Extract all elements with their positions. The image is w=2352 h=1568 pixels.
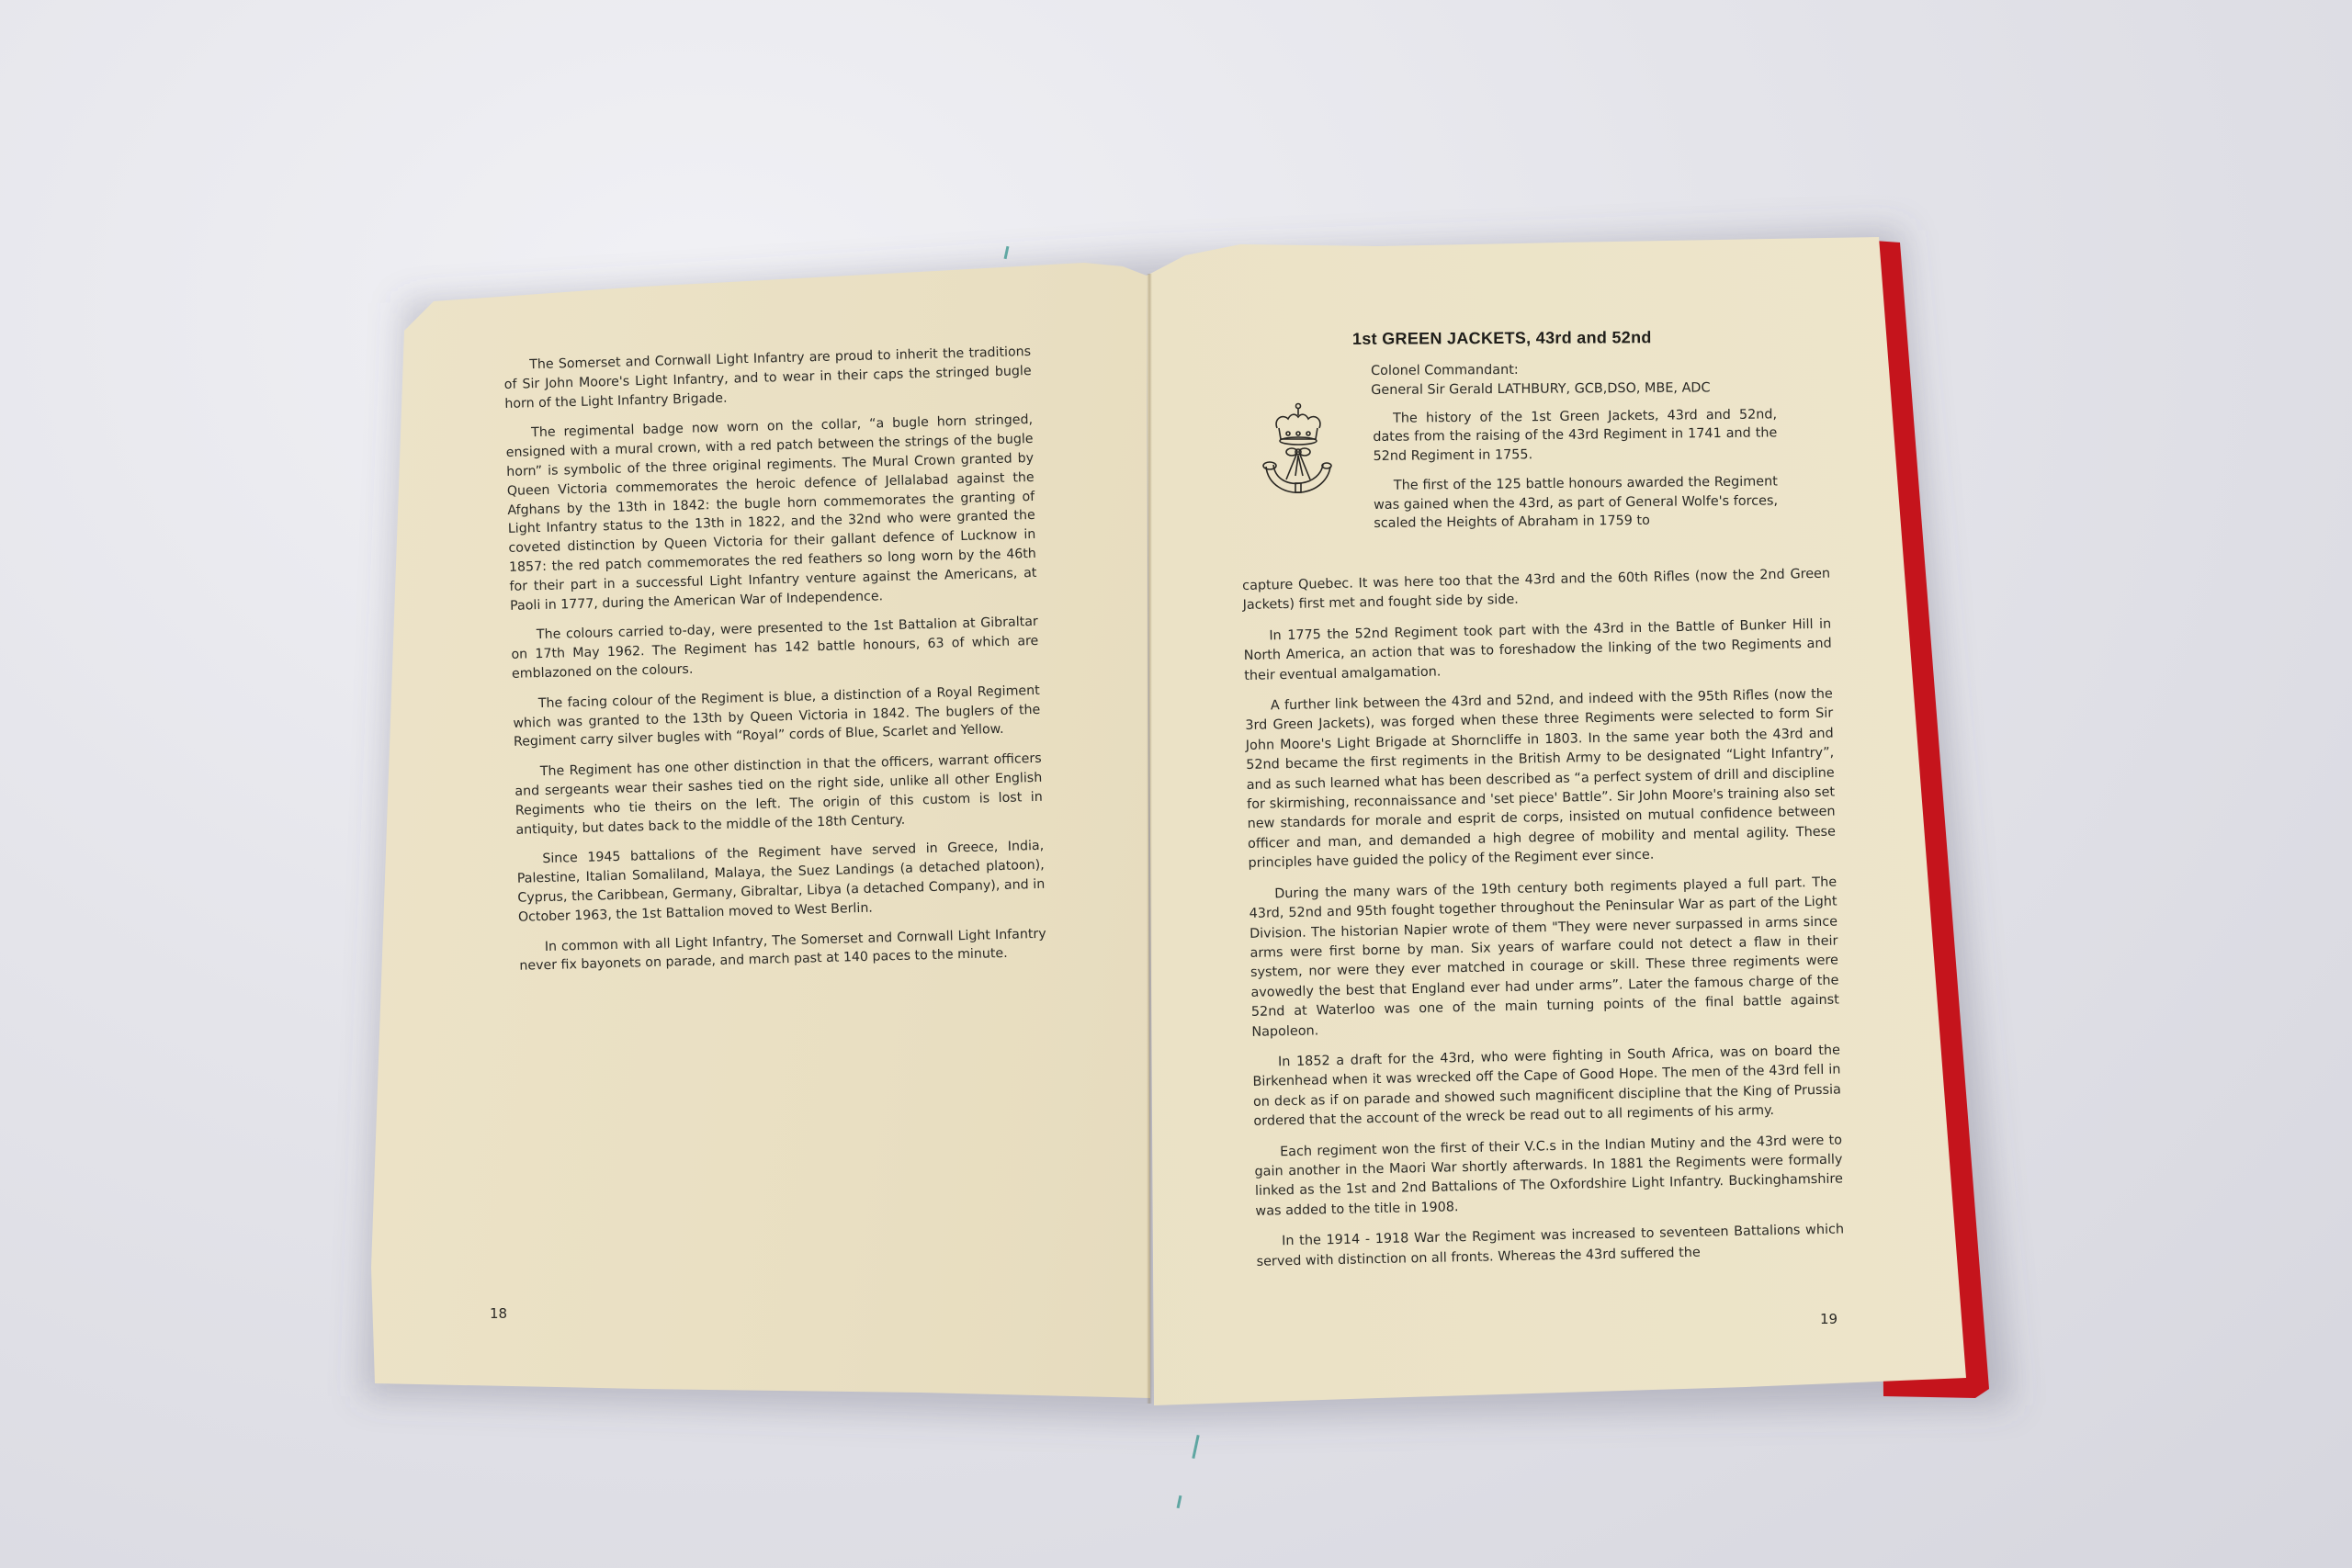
paragraph: The first of the 125 battle honours awar… [1374, 473, 1779, 534]
paragraph: A further link between the 43rd and 52nd… [1245, 685, 1837, 874]
paragraph: The facing colour of the Regiment is blu… [513, 682, 1041, 752]
page-number-left: 18 [490, 1305, 507, 1322]
ink-mark [1192, 1435, 1199, 1459]
ink-mark [1004, 246, 1010, 259]
paragraph: The regimental badge now worn on the col… [505, 411, 1037, 615]
colonel-commandant: Colonel Commandant: General Sir Gerald L… [1371, 359, 1711, 400]
commandant-name: General Sir Gerald LATHBURY, GCB,DSO, MB… [1371, 378, 1710, 400]
paragraph: The history of the 1st Green Jackets, 43… [1373, 405, 1778, 466]
commandant-label: Colonel Commandant: [1371, 359, 1710, 380]
section-title: 1st GREEN JACKETS, 43rd and 52nd [1352, 328, 1652, 349]
paragraph: In 1775 the 52nd Regiment took part with… [1243, 615, 1832, 686]
ink-mark [1177, 1495, 1182, 1508]
right-page-intro: The history of the 1st Green Jackets, 43… [1373, 405, 1779, 544]
paragraph: Each regiment won the first of their V.C… [1254, 1131, 1844, 1222]
booklet-spine [1147, 274, 1152, 1404]
paragraph: Since 1945 battalions of the Regiment ha… [516, 837, 1046, 927]
paragraph: The Regiment has one other distinction i… [514, 750, 1044, 840]
right-page [0, 0, 2352, 1568]
left-page-body: The Somerset and Cornwall Light Infantry… [503, 343, 1047, 987]
paragraph: In 1852 a draft for the 43rd, who were f… [1252, 1041, 1842, 1132]
right-page-body: capture Quebec. It was here too that the… [1242, 565, 1845, 1283]
paragraph: During the many wars of the 19th century… [1249, 873, 1839, 1043]
crowned-bugle-horn-badge-icon [1261, 400, 1336, 502]
page-number-right: 19 [1820, 1311, 1837, 1327]
paragraph: In common with all Light Infantry, The S… [519, 924, 1047, 976]
paragraph: In the 1914 - 1918 War the Regiment was … [1256, 1221, 1845, 1272]
paragraph: The colours carried to-day, were present… [511, 613, 1039, 683]
